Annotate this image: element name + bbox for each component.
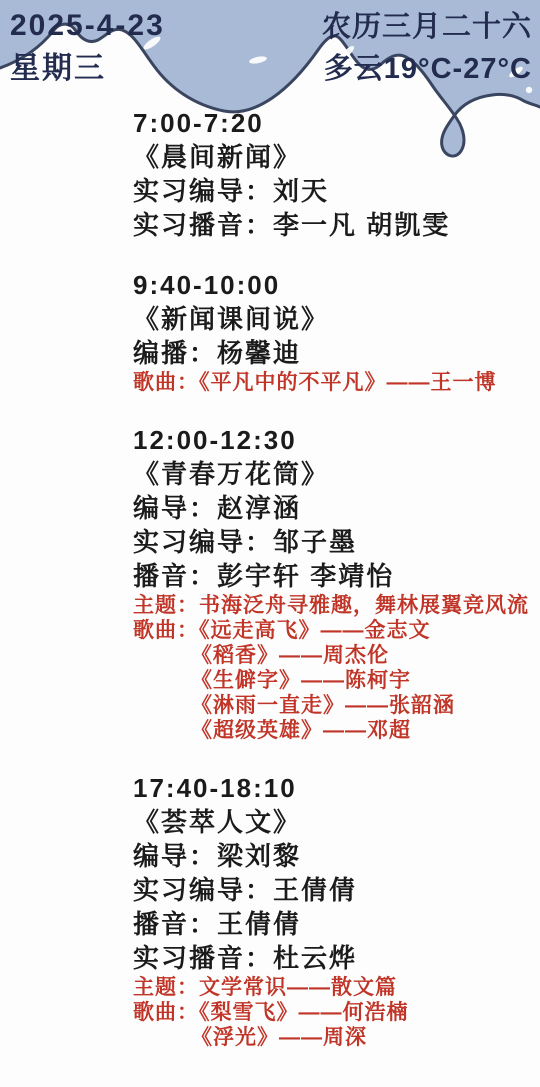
program-block-youth-kaleidoscope: 12:00-12:30 《青春万花筒》 编导：赵淳涵 实习编导：邹子墨 播音：彭… <box>133 423 540 743</box>
program-song: 《超级英雄》——邓超 <box>133 718 540 743</box>
program-time: 7:00-7:20 <box>133 106 540 140</box>
program-song: 《淋雨一直走》——张韶涵 <box>133 693 540 718</box>
program-song: 《浮光》——周深 <box>133 1025 540 1050</box>
program-staff: 编导：梁刘黎 <box>133 839 540 873</box>
program-song: 《稻香》——周杰伦 <box>133 643 540 668</box>
program-theme: 主题：文学常识——散文篇 <box>133 975 540 1000</box>
program-staff: 播音：彭宇轩 李靖怡 <box>133 559 540 593</box>
program-block-morning-news: 7:00-7:20 《晨间新闻》 实习编导：刘天 实习播音：李一凡 胡凯雯 <box>133 106 540 242</box>
program-staff: 实习播音：杜云烨 <box>133 941 540 975</box>
schedule-content: 7:00-7:20 《晨间新闻》 实习编导：刘天 实习播音：李一凡 胡凯雯 9:… <box>133 106 540 1050</box>
weekday: 星期三 <box>10 47 165 90</box>
gregorian-date: 2025-4-23 <box>10 4 165 47</box>
program-staff: 实习编导：刘天 <box>133 174 540 208</box>
program-time: 9:40-10:00 <box>133 268 540 302</box>
weather: 多云19°C-27°C <box>322 48 532 90</box>
program-staff: 编导：赵淳涵 <box>133 491 540 525</box>
program-title: 《晨间新闻》 <box>133 140 540 174</box>
lunar-date: 农历三月二十六 <box>322 6 532 48</box>
program-song: 歌曲：《平凡中的不平凡》——王一博 <box>133 370 540 395</box>
program-block-humanities: 17:40-18:10 《荟萃人文》 编导：梁刘黎 实习编导：王倩倩 播音：王倩… <box>133 771 540 1050</box>
header-right: 农历三月二十六 多云19°C-27°C <box>322 6 532 90</box>
program-song: 歌曲：《远走高飞》——金志文 <box>133 618 540 643</box>
program-staff: 实习播音：李一凡 胡凯雯 <box>133 208 540 242</box>
program-title: 《青春万花筒》 <box>133 457 540 491</box>
program-block-news-break: 9:40-10:00 《新闻课间说》 编播：杨馨迪 歌曲：《平凡中的不平凡》——… <box>133 268 540 395</box>
program-staff: 播音：王倩倩 <box>133 907 540 941</box>
program-time: 12:00-12:30 <box>133 423 540 457</box>
program-time: 17:40-18:10 <box>133 771 540 805</box>
program-song: 《生僻字》——陈柯宇 <box>133 668 540 693</box>
header-left: 2025-4-23 星期三 <box>10 4 165 90</box>
program-theme: 主题：书海泛舟寻雅趣，舞林展翼竞风流 <box>133 593 540 618</box>
program-staff: 实习编导：邹子墨 <box>133 525 540 559</box>
program-song: 歌曲：《梨雪飞》——何浩楠 <box>133 1000 540 1025</box>
program-staff: 编播：杨馨迪 <box>133 336 540 370</box>
program-title: 《荟萃人文》 <box>133 805 540 839</box>
program-staff: 实习编导：王倩倩 <box>133 873 540 907</box>
broadcast-schedule-page: 2025-4-23 星期三 农历三月二十六 多云19°C-27°C 7:00-7… <box>0 0 540 1087</box>
program-title: 《新闻课间说》 <box>133 302 540 336</box>
